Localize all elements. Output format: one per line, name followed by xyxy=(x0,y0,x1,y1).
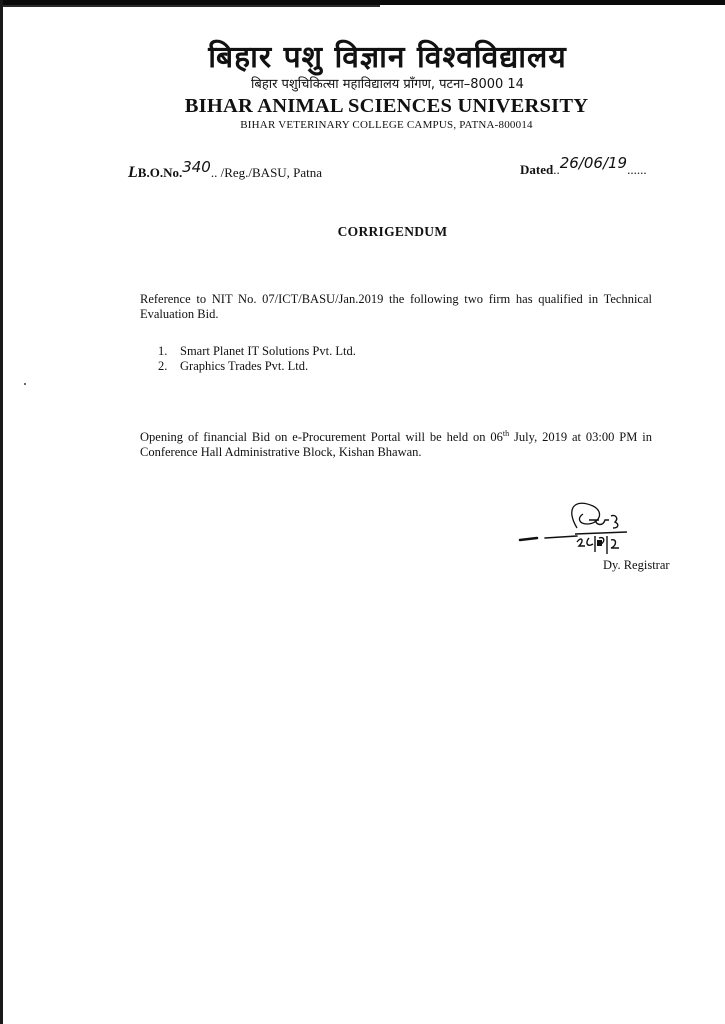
reference-number-handwritten: 340 xyxy=(182,158,211,176)
date-dots-after: ...... xyxy=(627,162,647,177)
document-heading: CORRIGENDUM xyxy=(30,224,725,240)
list-item: 2.Graphics Trades Pvt. Ltd. xyxy=(158,359,356,374)
qualified-firms-list: 1.Smart Planet IT Solutions Pvt. Ltd. 2.… xyxy=(158,344,356,374)
reference-number-line: LB.O.No.340.. /Reg./BASU, Patna xyxy=(128,163,322,182)
signature-block: Dy. Registrar xyxy=(515,498,665,578)
firm-name: Graphics Trades Pvt. Ltd. xyxy=(180,359,308,373)
reference-suffix: /Reg./BASU, Patna xyxy=(217,165,322,180)
reference-label: B.O.No. xyxy=(138,165,182,180)
list-item-number: 1. xyxy=(158,344,180,359)
date-dots-before: .. xyxy=(553,162,560,177)
scan-top-border-shadow xyxy=(0,5,380,7)
firm-name: Smart Planet IT Solutions Pvt. Ltd. xyxy=(180,344,356,358)
university-name-english: BIHAR ANIMAL SCIENCES UNIVERSITY xyxy=(48,94,725,118)
scan-speck xyxy=(24,383,26,385)
scan-left-border xyxy=(0,0,3,1024)
campus-address-hindi: बिहार पशुचिकित्सा महाविद्यालय प्राँगण, प… xyxy=(50,76,725,94)
campus-address-english: BIHAR VETERINARY COLLEGE CAMPUS, PATNA-8… xyxy=(48,118,725,132)
bid-opening-text-start: Opening of financial Bid on e-Procuremen… xyxy=(140,430,503,444)
date-label: Dated xyxy=(520,162,553,177)
bid-opening-paragraph: Opening of financial Bid on e-Procuremen… xyxy=(140,426,652,460)
date-handwritten: 26/06/19 xyxy=(560,154,627,172)
signatory-designation: Dy. Registrar xyxy=(603,558,670,573)
date-line: Dated..26/06/19...... xyxy=(520,160,647,178)
handwritten-signature-icon xyxy=(515,498,665,558)
list-item-number: 2. xyxy=(158,359,180,374)
list-item: 1.Smart Planet IT Solutions Pvt. Ltd. xyxy=(158,344,356,359)
reference-paragraph: Reference to NIT No. 07/ICT/BASU/Jan.201… xyxy=(140,292,652,322)
university-name-hindi: बिहार पशु विज्ञान विश्वविद्यालय xyxy=(50,40,725,76)
letterhead: बिहार पशु विज्ञान विश्वविद्यालय बिहार पश… xyxy=(0,40,725,132)
handwritten-prefix-mark: L xyxy=(128,164,138,181)
